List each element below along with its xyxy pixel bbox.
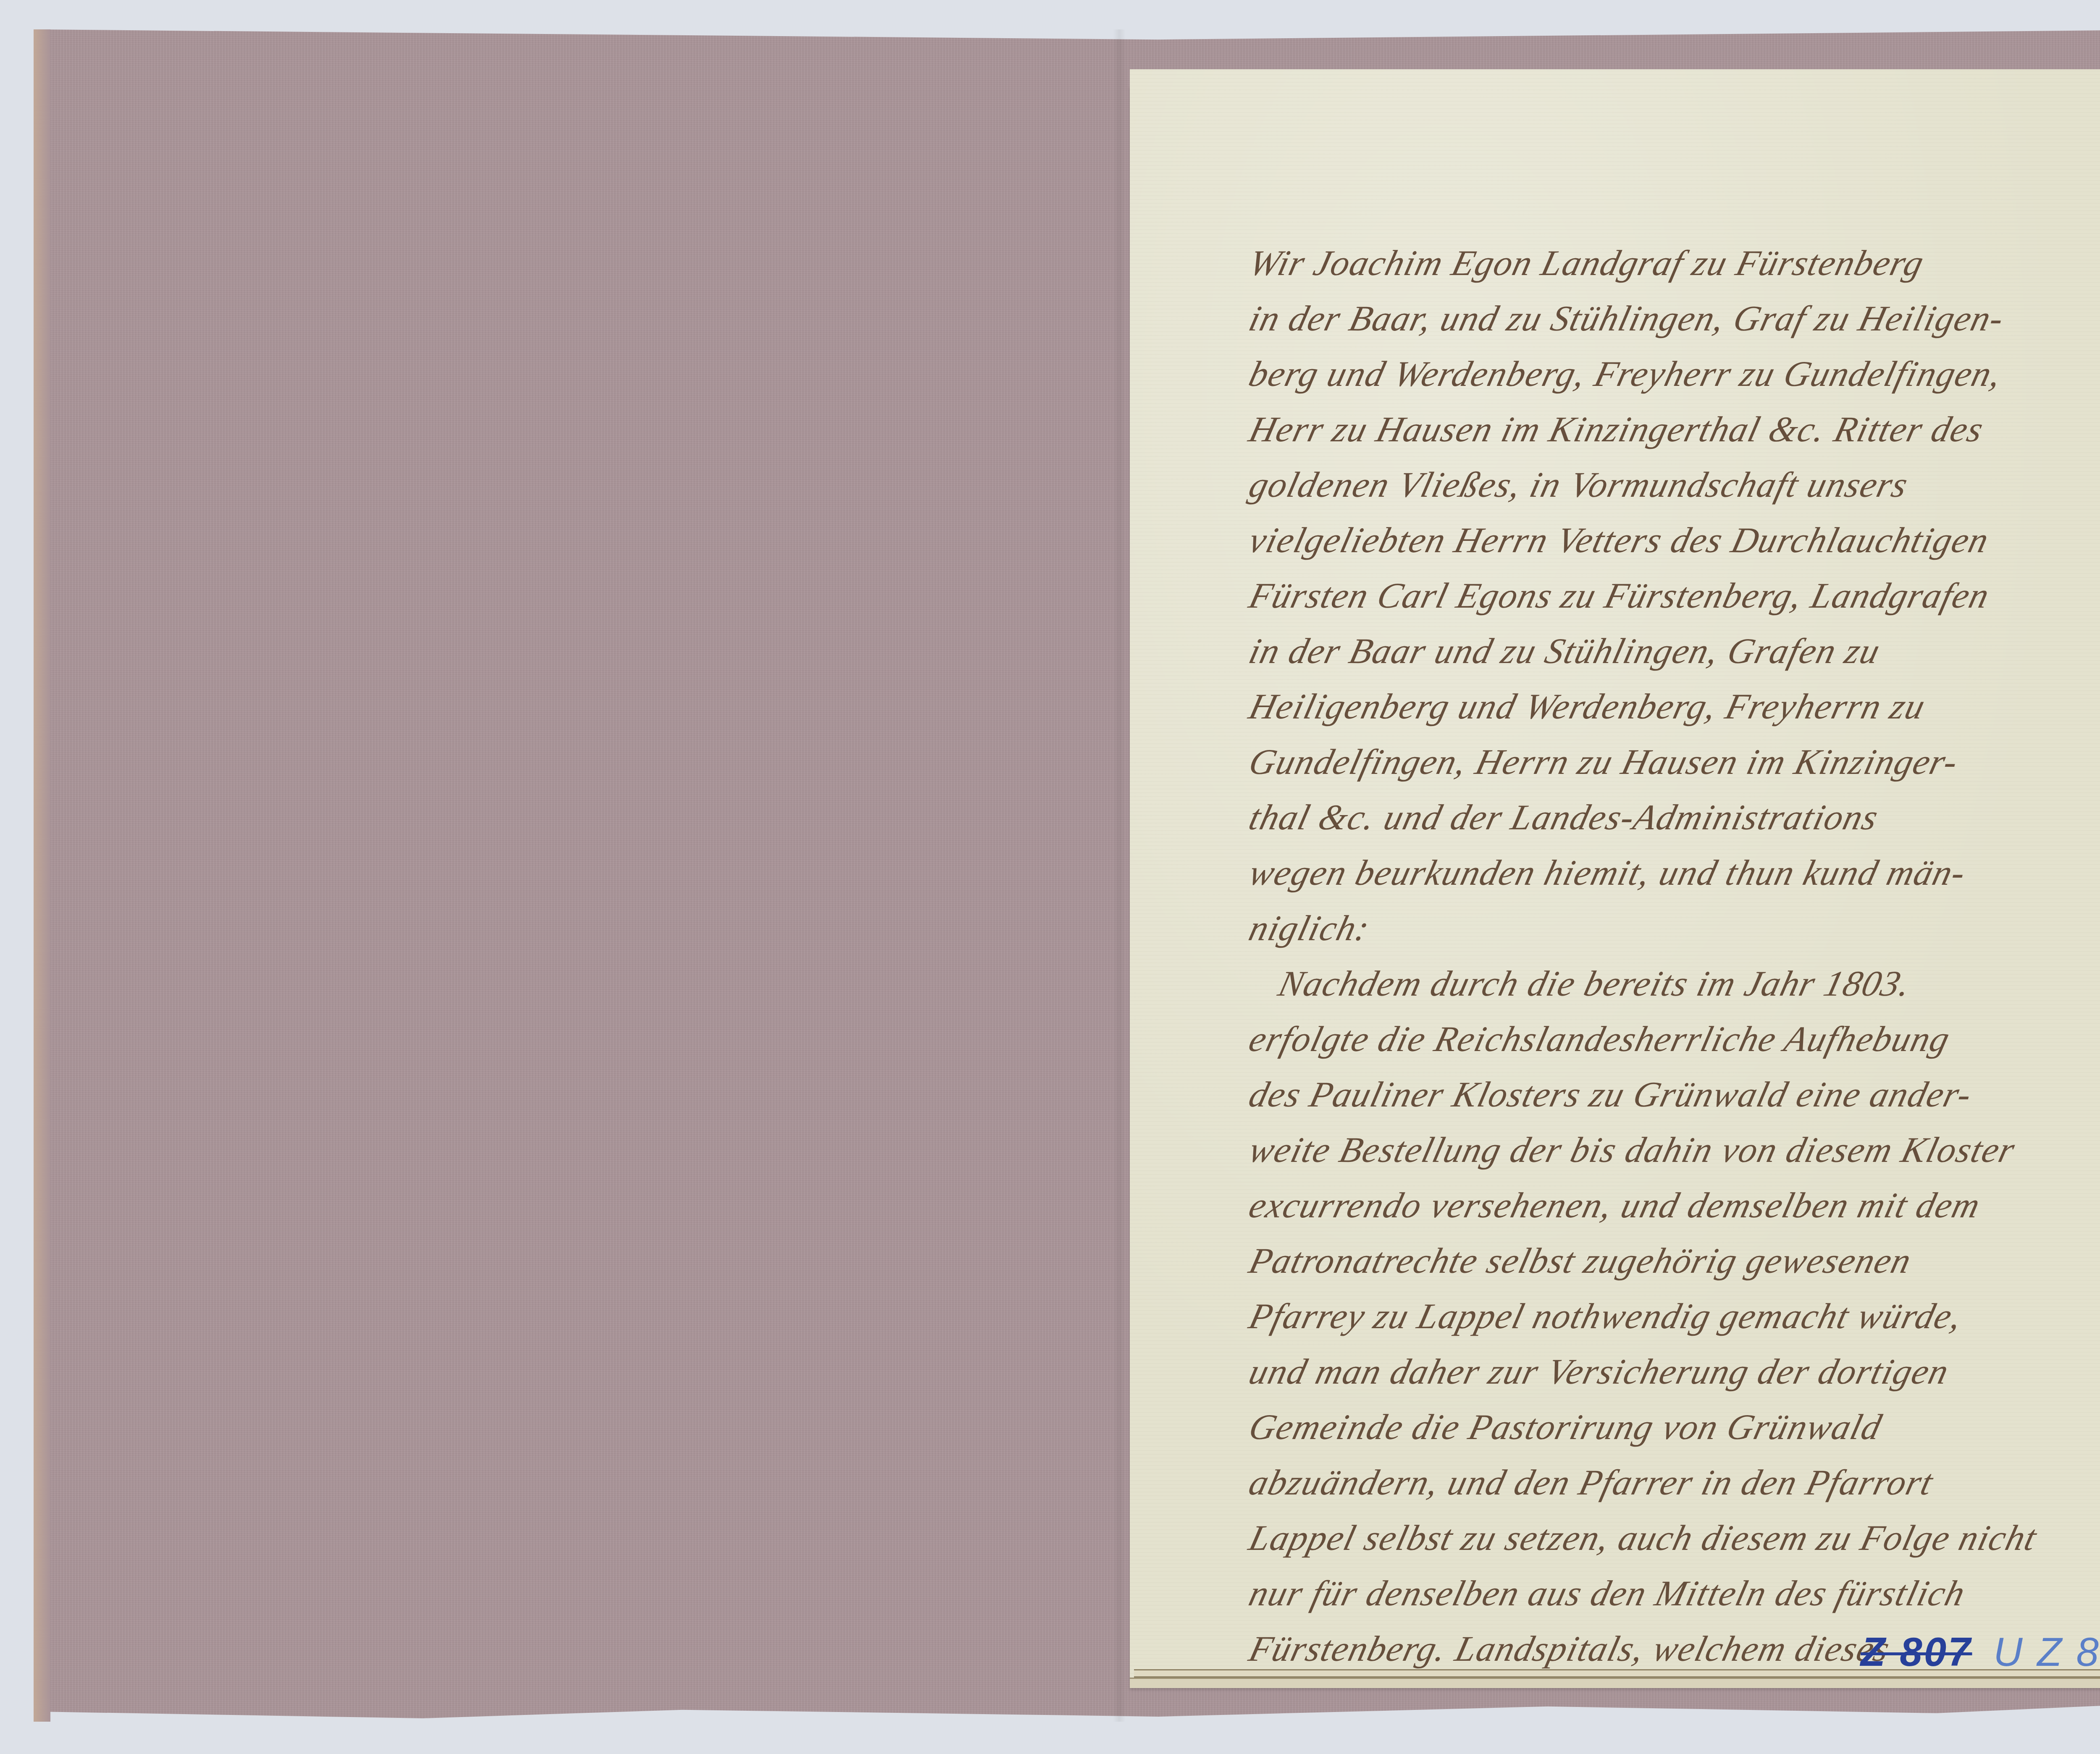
text-line: berg und Werdenberg, Freyherr zu Gundelf… <box>1243 346 2100 401</box>
text-line: abzuändern, und den Pfarrer in den Pfarr… <box>1243 1455 2100 1510</box>
text-line: excurrendo versehenen, und demselben mit… <box>1243 1177 2100 1233</box>
text-line: niglich: <box>1243 900 2100 956</box>
text-line: Gundelfingen, Herrn zu Hausen im Kinzing… <box>1243 734 2100 789</box>
text-line: weite Bestellung der bis dahin von diese… <box>1243 1122 2100 1177</box>
text-line: und man daher zur Versicherung der dorti… <box>1243 1344 2100 1399</box>
text-line: des Pauliner Klosters zu Grünwald eine a… <box>1243 1067 2100 1122</box>
text-line: nur für denselben aus den Mitteln des fü… <box>1243 1565 2100 1621</box>
text-line: in der Baar und zu Stühlingen, Grafen zu <box>1243 623 2100 679</box>
text-line: goldenen Vließes, in Vormundschaft unser… <box>1243 457 2100 512</box>
text-line: vielgeliebten Herrn Vetters des Durchlau… <box>1243 512 2100 568</box>
text-line: Pfarrey zu Lappel nothwendig gemacht wür… <box>1243 1288 2100 1344</box>
text-line: Patronatrechte selbst zugehörig gewesene… <box>1243 1233 2100 1288</box>
text-line: wegen beurkunden hiemit, und thun kund m… <box>1243 845 2100 900</box>
text-line: erfolgte die Reichslandesherrliche Aufhe… <box>1243 1011 2100 1067</box>
text-line: in der Baar, und zu Stühlingen, Graf zu … <box>1243 291 2100 346</box>
text-line: Herr zu Hausen im Kinzingerthal &c. Ritt… <box>1243 401 2100 457</box>
manuscript-text: Wir Joachim Egon Landgraf zu Fürstenberg… <box>1243 235 2100 1676</box>
text-line: Wir Joachim Egon Landgraf zu Fürstenberg <box>1243 235 2100 291</box>
shelfmark-new: U Z 868 <box>1993 1630 2100 1675</box>
text-line: Nachdem durch die bereits im Jahr 1803. <box>1243 956 2100 1011</box>
cover-left-edge <box>34 29 50 1722</box>
text-line: Gemeinde die Pastorirung von Grünwald <box>1243 1399 2100 1455</box>
shelfmark-old: Z 807 <box>1861 1630 1972 1675</box>
archive-shelfmark: Z 807 U Z 868 <box>1861 1629 2100 1675</box>
text-line: Fürsten Carl Egons zu Fürstenberg, Landg… <box>1243 568 2100 623</box>
folder-fold <box>1113 29 1126 1722</box>
text-line: Lappel selbst zu setzen, auch diesem zu … <box>1243 1510 2100 1565</box>
text-line: thal &c. und der Landes-Administrations <box>1243 789 2100 845</box>
text-line: Heiligenberg und Werdenberg, Freyherrn z… <box>1243 679 2100 734</box>
